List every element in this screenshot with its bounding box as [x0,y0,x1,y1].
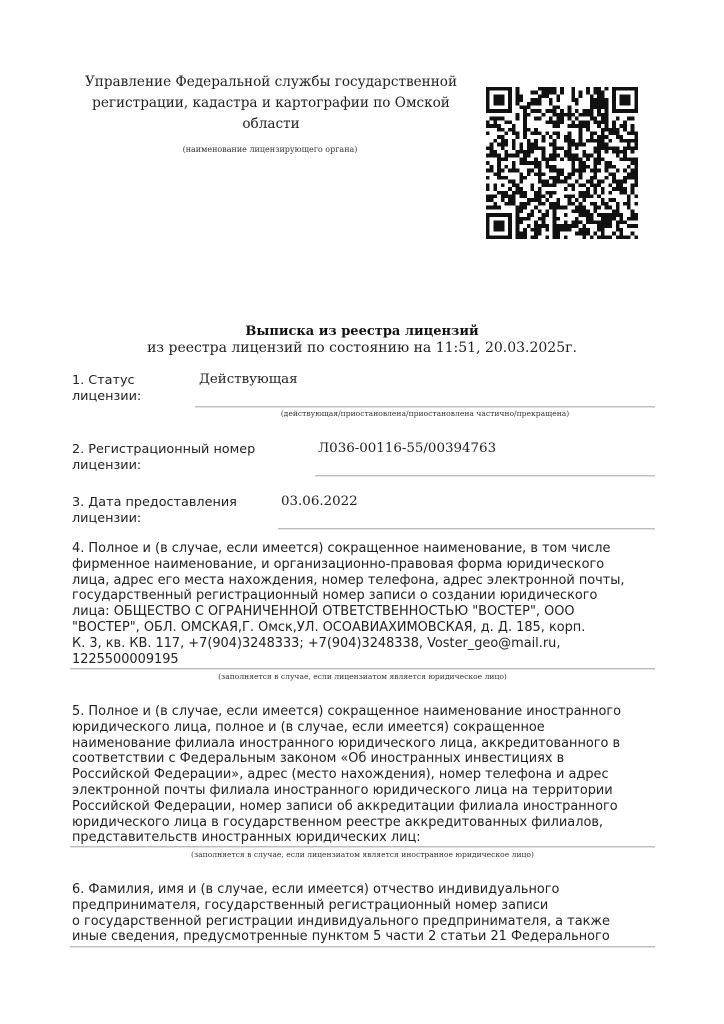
reg-number-underline [315,475,655,477]
authority-line: регистрации, кадастра и картографии по О… [78,93,464,114]
text-line: иные сведения, предусмотренные пунктом 5… [72,929,657,945]
section-6-individual-entrepreneur: 6. Фамилия, имя и (в случае, если имеетс… [72,882,657,945]
text-line: 6. Фамилия, имя и (в случае, если имеетс… [72,882,657,898]
text-line: предпринимателя, государственный регистр… [72,898,657,914]
text-line: электронной почты филиала иностранного ю… [72,783,657,799]
text-line: юридического лица в государственном реес… [72,815,657,831]
text-line: "ВОСТЕР", ОБЛ. ОМСКАЯ,Г. Омск,УЛ. ОСОАВИ… [72,620,657,636]
authority-caption: (наименование лицензирующего органа) [120,145,420,154]
text-line: государственный регистрационный номер за… [72,588,657,604]
reg-number-value: Л036-00116-55/00394763 [318,441,496,456]
authority-line: области [78,114,464,135]
text-line: Российской Федерации, номер записи об ак… [72,799,657,815]
text-line: К. 3, кв. КВ. 117, +7(904)3248333; +7(90… [72,636,657,652]
label-line: лицензии: [72,389,141,405]
reg-number-label: 2. Регистрационный номер лицензии: [72,442,255,474]
document-subtitle: из реестра лицензий по состоянию на 11:5… [0,340,724,356]
text-line: лица, адрес его места нахождения, номер … [72,573,657,589]
grant-date-label: 3. Дата предоставления лицензии: [72,495,237,527]
status-underline [195,406,655,408]
label-line: лицензии: [72,511,237,527]
text-line: фирменное наименование, и организационно… [72,557,657,573]
text-line: о государственной регистрации индивидуал… [72,914,657,930]
document-title: Выписка из реестра лицензий [0,324,724,339]
section-5-caption: (заполняется в случае, если лицензиатом … [70,850,655,859]
text-line: 5. Полное и (в случае, если имеется) сок… [72,704,657,720]
section-5-foreign-entity: 5. Полное и (в случае, если имеется) сок… [72,704,657,846]
section-4-underline [70,668,655,670]
section-4-caption: (заполняется в случае, если лицензиатом … [70,672,655,681]
label-line: лицензии: [72,458,255,474]
text-line: Российской Федерации», адрес (место нахо… [72,767,657,783]
grant-date-underline [278,528,655,530]
label-line: 2. Регистрационный номер [72,442,255,458]
authority-line: Управление Федеральной службы государств… [78,72,464,93]
grant-date-value: 03.06.2022 [281,494,358,509]
text-line: 4. Полное и (в случае, если имеется) сок… [72,541,657,557]
label-line: 1. Статус [72,373,141,389]
label-line: 3. Дата предоставления [72,495,237,511]
status-value: Действующая [199,372,298,387]
status-label: 1. Статус лицензии: [72,373,141,405]
licensing-authority-name: Управление Федеральной службы государств… [78,72,464,135]
text-line: представительств иностранных юридических… [72,830,657,846]
section-6-underline [70,946,655,948]
section-4-legal-entity: 4. Полное и (в случае, если имеется) сок… [72,541,657,667]
text-line: юридического лица, полное и (в случае, е… [72,720,657,736]
text-line: 1225500009195 [72,652,657,668]
section-5-underline [70,846,655,848]
text-line: наименование филиала иностранного юридич… [72,736,657,752]
status-caption: (действующая/приостановлена/приостановле… [195,409,655,418]
text-line: лица: ОБЩЕСТВО С ОГРАНИЧЕННОЙ ОТВЕТСТВЕН… [72,604,657,620]
qr-code-icon [486,87,638,239]
text-line: соответствии с Федеральным законом «Об и… [72,751,657,767]
